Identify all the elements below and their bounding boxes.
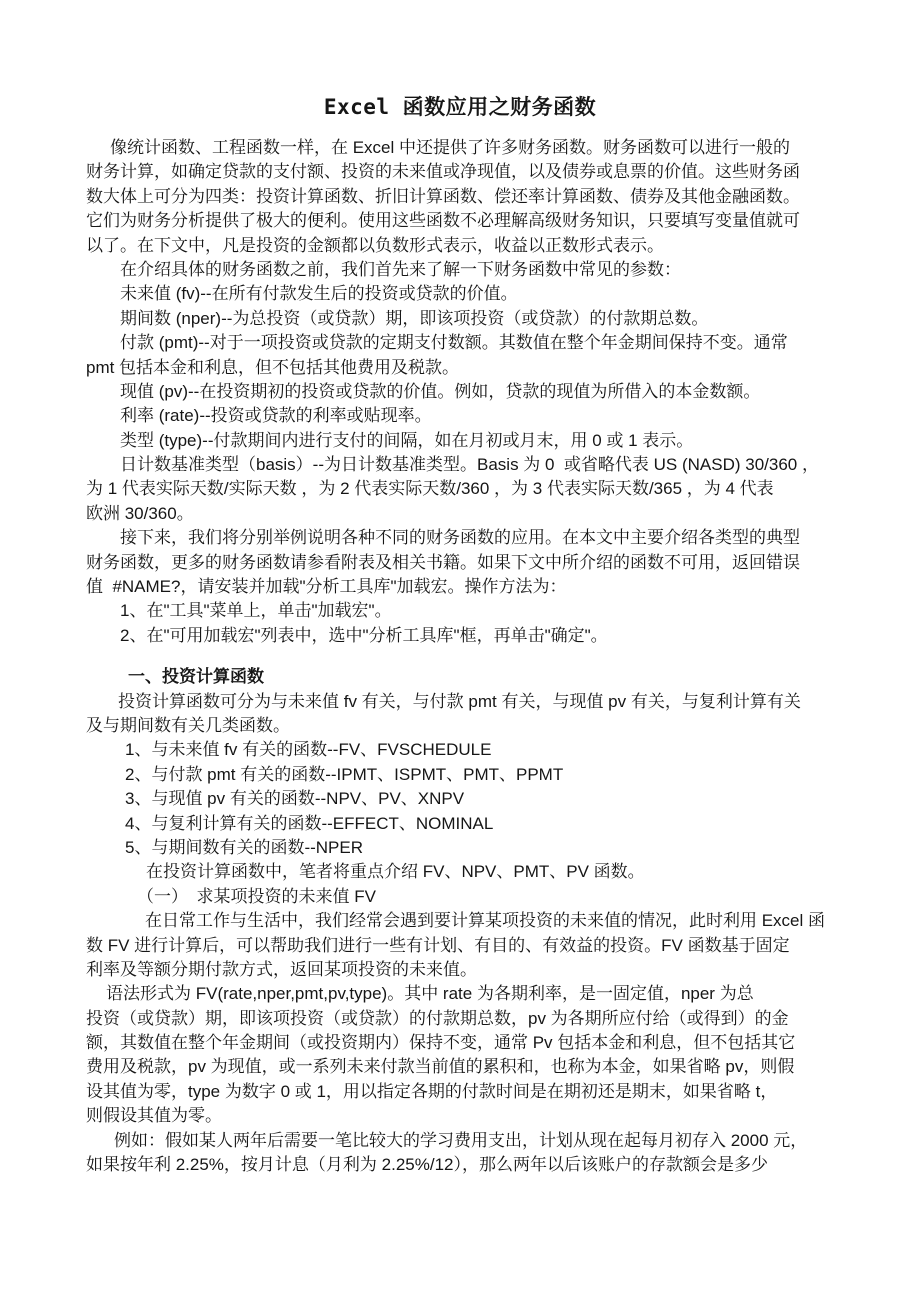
- text-line: 财务计算，如确定贷款的支付额、投资的未来值或净现值，以及债券或息票的价值。这些财…: [86, 160, 834, 184]
- text-line: 利率及等额分期付款方式，返回某项投资的未来值。: [86, 958, 834, 982]
- text-line: 1、在"工具"菜单上，单击"加载宏"。: [86, 599, 834, 623]
- text-line: 日计数基准类型（basis）--为日计数基准类型。Basis 为 0 或省略代表…: [86, 453, 834, 477]
- text-line: 值 #NAME?，请安装并加载"分析工具库"加载宏。操作方法为：: [86, 575, 834, 599]
- text-line: 期间数 (nper)--为总投资（或贷款）期，即该项投资（或贷款）的付款期总数。: [86, 307, 834, 331]
- text-line: 3、与现值 pv 有关的函数--NPV、PV、XNPV: [86, 787, 834, 811]
- section-heading: 一、投资计算函数: [86, 665, 834, 689]
- text-line: 4、与复利计算有关的函数--EFFECT、NOMINAL: [86, 812, 834, 836]
- text-line: 财务函数，更多的财务函数请参看附表及相关书籍。如果下文中所介绍的函数不可用，返回…: [86, 551, 834, 575]
- document-title: Excel 函数应用之财务函数: [86, 94, 834, 120]
- text-line: 如果按年利 2.25%，按月计息（月利为 2.25%/12），那么两年以后该账户…: [86, 1153, 834, 1177]
- text-line: 投资计算函数可分为与未来值 fv 有关，与付款 pmt 有关，与现值 pv 有关…: [86, 690, 834, 714]
- text-line: 2、与付款 pmt 有关的函数--IPMT、ISPMT、PMT、PPMT: [86, 763, 834, 787]
- text-line: 在投资计算函数中，笔者将重点介绍 FV、NPV、PMT、PV 函数。: [86, 860, 834, 884]
- text-line: 2、在"可用加载宏"列表中，选中"分析工具库"框，再单击"确定"。: [86, 624, 834, 648]
- text-line: 额，其数值在整个年金期间（或投资期内）保持不变，通常 Pv 包括本金和利息，但不…: [86, 1031, 834, 1055]
- text-line: 现值 (pv)--在投资期初的投资或贷款的价值。例如，贷款的现值为所借入的本金数…: [86, 380, 834, 404]
- text-line: 费用及税款，pv 为现值，或一系列未来付款当前值的累积和，也称为本金，如果省略 …: [86, 1055, 834, 1079]
- text-line: 数 FV 进行计算后，可以帮助我们进行一些有计划、有目的、有效益的投资。FV 函…: [86, 934, 834, 958]
- text-line: 付款 (pmt)--对于一项投资或贷款的定期支付数额。其数值在整个年金期间保持不…: [86, 331, 834, 355]
- text-line: 为 1 代表实际天数/实际天数 ，为 2 代表实际天数/360 ，为 3 代表实…: [86, 477, 834, 501]
- text-line: 数大体上可分为四类：投资计算函数、折旧计算函数、偿还率计算函数、债券及其他金融函…: [86, 185, 834, 209]
- text-line: 未来值 (fv)--在所有付款发生后的投资或贷款的价值。: [86, 282, 834, 306]
- text-line: 利率 (rate)--投资或贷款的利率或贴现率。: [86, 404, 834, 428]
- text-line: （一） 求某项投资的未来值 FV: [86, 885, 834, 909]
- text-line: 在介绍具体的财务函数之前，我们首先来了解一下财务函数中常见的参数：: [86, 258, 834, 282]
- text-line: 设其值为零，type 为数字 0 或 1，用以指定各期的付款时间是在期初还是期末…: [86, 1080, 834, 1104]
- text-line: 类型 (type)--付款期间内进行支付的间隔，如在月初或月末，用 0 或 1 …: [86, 429, 834, 453]
- text-line: 欧洲 30/360。: [86, 502, 834, 526]
- document-body: Excel 函数应用之财务函数 像统计函数、工程函数一样，在 Excel 中还提…: [86, 94, 834, 1177]
- text-line: 语法形式为 FV(rate,nper,pmt,pv,type)。其中 rate …: [86, 982, 834, 1006]
- text-line: 它们为财务分析提供了极大的便利。使用这些函数不必理解高级财务知识，只要填写变量值…: [86, 209, 834, 233]
- text-line: 接下来，我们将分别举例说明各种不同的财务函数的应用。在本文中主要介绍各类型的典型: [86, 526, 834, 550]
- text-line: 5、与期间数有关的函数--NPER: [86, 836, 834, 860]
- text-line: 在日常工作与生活中，我们经常会遇到要计算某项投资的未来值的情况，此时利用 Exc…: [86, 909, 834, 933]
- text-line: 则假设其值为零。: [86, 1104, 834, 1128]
- text-line: 以了。在下文中，凡是投资的金额都以负数形式表示，收益以正数形式表示。: [86, 234, 834, 258]
- text-line: 像统计函数、工程函数一样，在 Excel 中还提供了许多财务函数。财务函数可以进…: [86, 136, 834, 160]
- text-line: 投资（或贷款）期，即该项投资（或贷款）的付款期总数，pv 为各期所应付给（或得到…: [86, 1007, 834, 1031]
- text-line: 及与期间数有关几类函数。: [86, 714, 834, 738]
- text-line: 例如：假如某人两年后需要一笔比较大的学习费用支出，计划从现在起每月初存入 200…: [86, 1129, 834, 1153]
- text-line: 1、与未来值 fv 有关的函数--FV、FVSCHEDULE: [86, 738, 834, 762]
- body-text: 像统计函数、工程函数一样，在 Excel 中还提供了许多财务函数。财务函数可以进…: [86, 136, 834, 1177]
- text-line: pmt 包括本金和利息，但不包括其他费用及税款。: [86, 356, 834, 380]
- document-page: Excel 函数应用之财务函数 像统计函数、工程函数一样，在 Excel 中还提…: [0, 0, 920, 1302]
